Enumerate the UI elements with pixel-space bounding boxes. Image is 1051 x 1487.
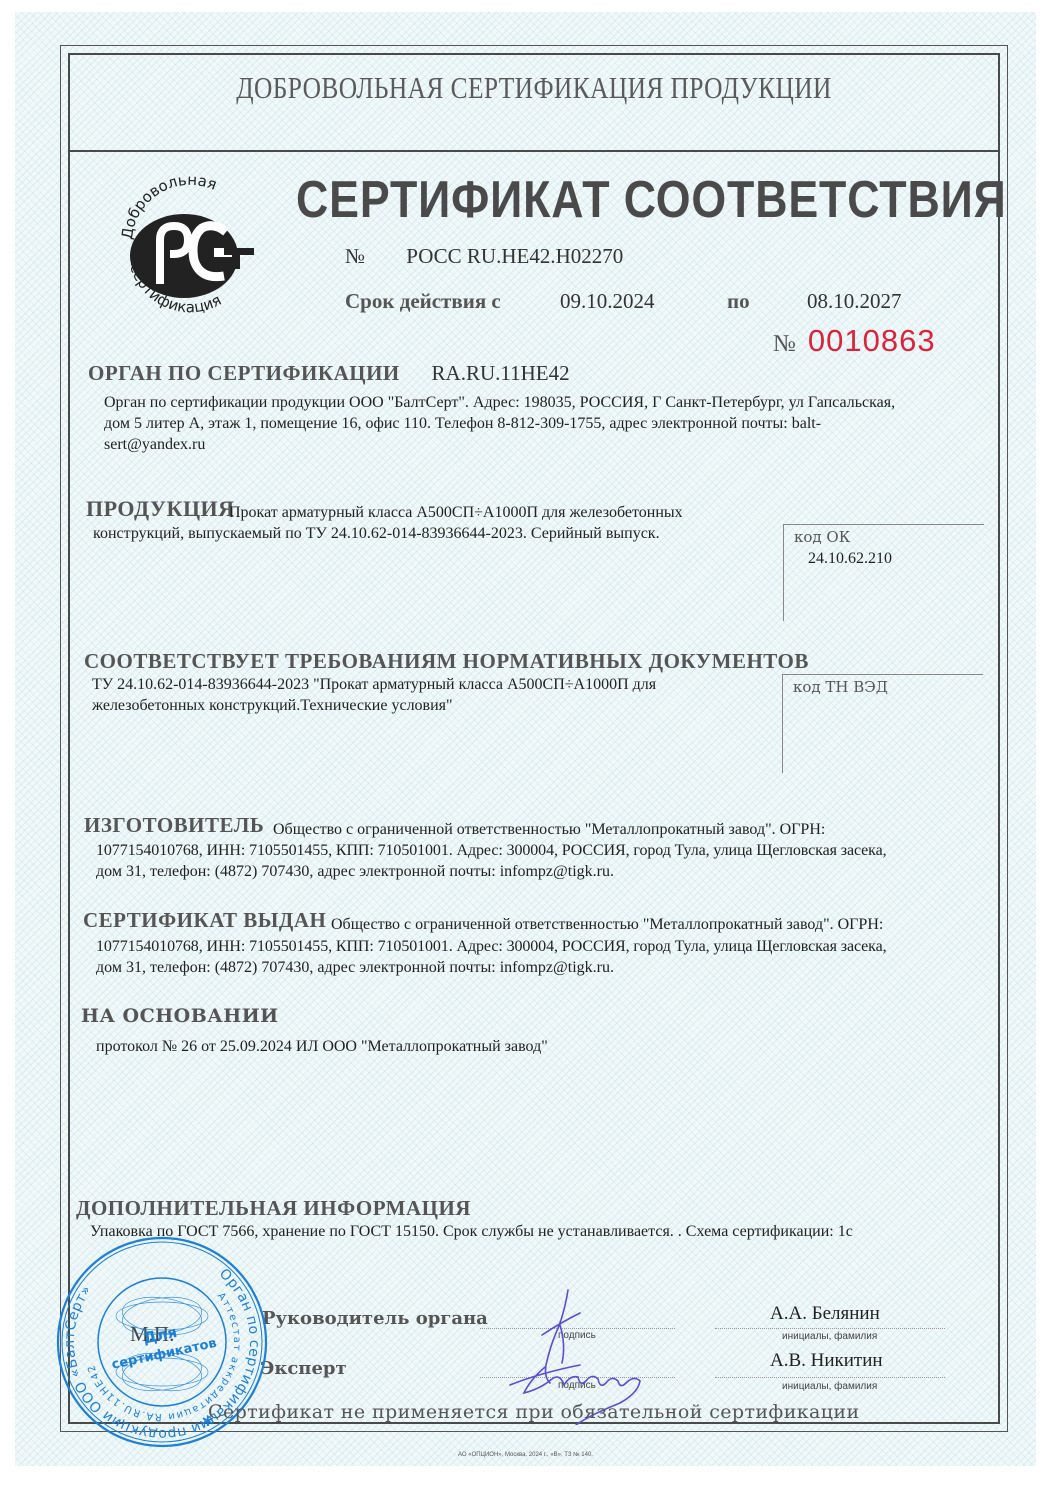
certification-body-heading: ОРГАН ПО СЕРТИФИКАЦИИ RA.RU.11НЕ42 bbox=[88, 361, 570, 386]
issued-to-heading: СЕРТИФИКАТ ВЫДАН bbox=[83, 908, 326, 933]
printer-imprint: АО «ОПЦИОН», Москва, 2024 г., «В», ТЗ № … bbox=[0, 1452, 1051, 1458]
product-line-1: Прокат арматурный класса А500СП÷А1000П д… bbox=[229, 502, 683, 523]
voluntary-certification-logo-icon: Добровольная сертификация bbox=[118, 168, 258, 318]
header-divider bbox=[68, 150, 1000, 152]
certification-body-line: дом 5 литер А, этаж 1, помещение 16, офи… bbox=[104, 413, 994, 434]
compliance-line: ТУ 24.10.62-014-83936644-2023 "Прокат ар… bbox=[92, 674, 656, 695]
head-name: А.А. Белянин bbox=[770, 1303, 880, 1325]
head-name-line bbox=[715, 1328, 945, 1329]
okpd-code-label: код ОК bbox=[794, 528, 850, 546]
okpd-code-value: 24.10.62.210 bbox=[808, 550, 892, 568]
valid-to-label: по bbox=[727, 289, 750, 314]
manufacturer-line-3: дом 31, телефон: (4872) 707430, адрес эл… bbox=[96, 861, 614, 882]
expert-name-caption: инициалы, фамилия bbox=[782, 1381, 877, 1392]
issued-to-line-1: Общество с ограниченной ответственностью… bbox=[331, 914, 883, 935]
tnved-code-label: код ТН ВЭД bbox=[793, 678, 888, 696]
head-name-caption: инициалы, фамилия bbox=[782, 1331, 877, 1342]
head-of-body-label: Руководитель органа bbox=[262, 1308, 488, 1329]
serial-symbol: № bbox=[773, 331, 796, 357]
certification-body-code: RA.RU.11НЕ42 bbox=[432, 361, 570, 385]
certification-body-line: Орган по сертификации продукции ООО "Бал… bbox=[104, 392, 994, 413]
certification-body-heading-text: ОРГАН ПО СЕРТИФИКАЦИИ bbox=[88, 361, 400, 385]
basis-heading: НА ОСНОВАНИИ bbox=[81, 1005, 279, 1027]
valid-to-date: 08.10.2027 bbox=[807, 289, 902, 314]
number-symbol: № bbox=[345, 244, 365, 268]
manufacturer-line-2: 1077154010768, ИНН: 7105501455, КПП: 710… bbox=[96, 840, 887, 861]
tnved-code-box: код ТН ВЭД bbox=[782, 674, 983, 773]
product-heading: ПРОДУКЦИЯ bbox=[86, 496, 235, 522]
validity-row: Срок действия с 09.10.2024 по 08.10.2027 bbox=[345, 289, 501, 314]
issued-to-line-2: 1077154010768, ИНН: 7105501455, КПП: 710… bbox=[96, 936, 887, 957]
validity-label: Срок действия с bbox=[345, 289, 501, 313]
additional-info-heading: ДОПОЛНИТЕЛЬНАЯ ИНФОРМАЦИЯ bbox=[76, 1196, 471, 1221]
issued-to-line-3: дом 31, телефон: (4872) 707430, адрес эл… bbox=[96, 957, 614, 978]
document-supertitle: ДОБРОВОЛЬНАЯ СЕРТИФИКАЦИЯ ПРОДУКЦИИ bbox=[152, 70, 916, 106]
compliance-documents: ТУ 24.10.62-014-83936644-2023 "Прокат ар… bbox=[92, 674, 656, 716]
certificate-number-row: № РОСС RU.НЕ42.Н02270 bbox=[345, 244, 623, 269]
voluntary-only-disclaimer: Сертификат не применяется при обязательн… bbox=[208, 1401, 860, 1423]
blank-serial-number: № 0010863 bbox=[773, 323, 936, 359]
valid-from-date: 09.10.2024 bbox=[560, 289, 655, 314]
certificate-number: РОСС RU.НЕ42.Н02270 bbox=[406, 244, 623, 268]
expert-name: А.В. Никитин bbox=[770, 1350, 883, 1372]
manufacturer-line-1: Общество с ограниченной ответственностью… bbox=[273, 819, 825, 840]
certificate-title: СЕРТИФИКАТ СООТВЕТСТВИЯ bbox=[296, 170, 874, 230]
certification-body-details: Орган по сертификации продукции ООО "Бал… bbox=[104, 392, 994, 455]
expert-label: Эксперт bbox=[260, 1358, 347, 1379]
certification-body-line: sert@yandex.ru bbox=[104, 434, 994, 455]
manufacturer-heading: ИЗГОТОВИТЕЛЬ bbox=[84, 813, 264, 838]
compliance-heading: СООТВЕТСТВУЕТ ТРЕБОВАНИЯМ НОРМАТИВНЫХ ДО… bbox=[84, 649, 809, 674]
serial-value: 0010863 bbox=[808, 323, 936, 358]
okpd-code-box: код ОК 24.10.62.210 bbox=[783, 524, 984, 621]
basis-text: протокол № 26 от 25.09.2024 ИЛ ООО "Мета… bbox=[96, 1036, 548, 1057]
product-line-2: конструкций, выпускаемый по ТУ 24.10.62-… bbox=[93, 523, 660, 544]
expert-name-line bbox=[715, 1377, 945, 1378]
compliance-line: железобетонных конструкций.Технические у… bbox=[92, 695, 656, 716]
